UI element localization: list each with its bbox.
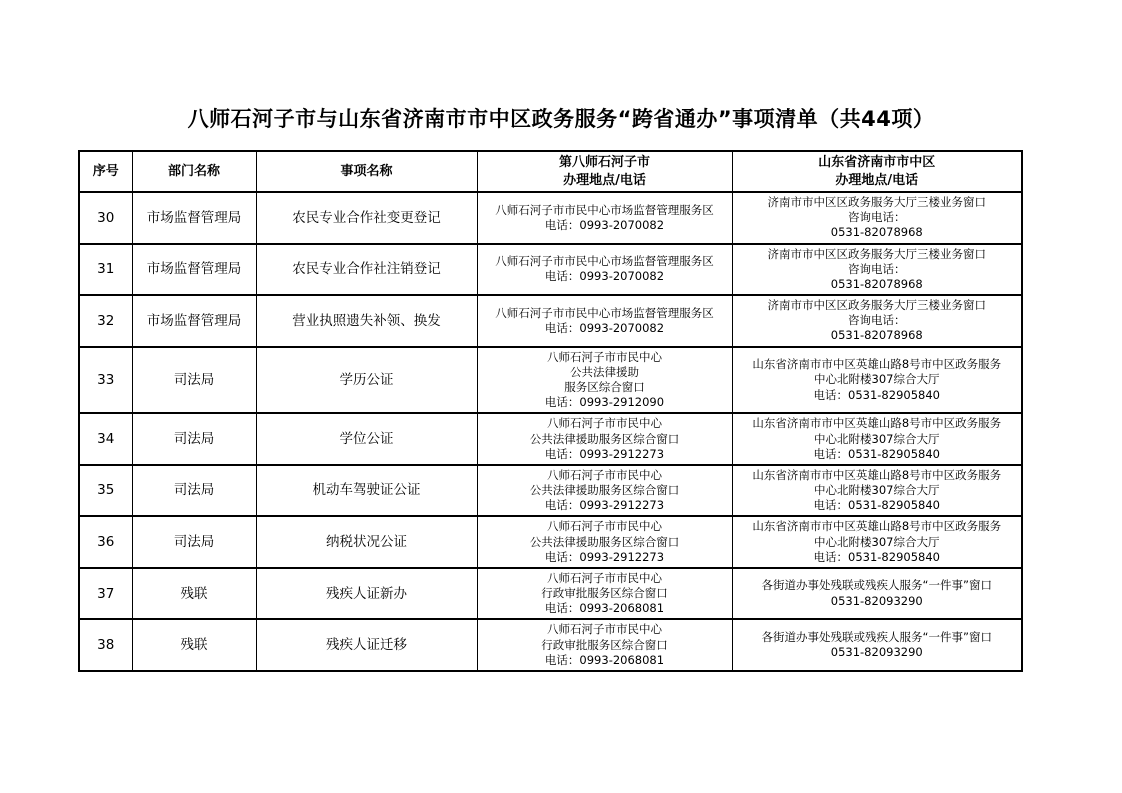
cell-serial-number: 34 [79,413,132,465]
header-jinan-location-phone: 山东省济南市市中区 办理地点/电话 [732,151,1022,192]
cell-serial-number: 33 [79,347,132,414]
cell-jinan-location-phone: 山东省济南市市中区英雄山路8号市中区政务服务 中心北附楼307综合大厅 电话：0… [732,413,1022,465]
cell-shihezi-location-phone: 八师石河子市市民中心 行政审批服务区综合窗口 电话：0993-2068081 [477,568,732,620]
cell-jinan-location-phone: 各街道办事处残联或残疾人服务“一件事”窗口 0531-82093290 [732,568,1022,620]
table-body: 30市场监督管理局农民专业合作社变更登记八师石河子市市民中心市场监督管理服务区 … [79,192,1022,671]
document-page: 八师石河子市与山东省济南市市中区政务服务“跨省通办”事项清单（共44项） 序号 … [0,0,1122,793]
cell-item-name: 纳税状况公证 [256,516,477,568]
cell-jinan-location-phone: 山东省济南市市中区英雄山路8号市中区政务服务 中心北附楼307综合大厅 电话：0… [732,465,1022,517]
table-row: 38残联残疾人证迁移八师石河子市市民中心 行政审批服务区综合窗口 电话：0993… [79,619,1022,671]
cell-item-name: 农民专业合作社变更登记 [256,192,477,244]
header-row: 序号 部门名称 事项名称 第八师石河子市 办理地点/电话 山东省济南市市中区 办… [79,151,1022,192]
cell-item-name: 学历公证 [256,347,477,414]
cell-item-name: 残疾人证新办 [256,568,477,620]
table-row: 30市场监督管理局农民专业合作社变更登记八师石河子市市民中心市场监督管理服务区 … [79,192,1022,244]
table-row: 32市场监督管理局营业执照遗失补领、换发八师石河子市市民中心市场监督管理服务区 … [79,295,1022,347]
cell-shihezi-location-phone: 八师石河子市市民中心 公共法律援助 服务区综合窗口 电话：0993-291209… [477,347,732,414]
cell-serial-number: 31 [79,244,132,296]
cell-shihezi-location-phone: 八师石河子市市民中心 行政审批服务区综合窗口 电话：0993-2068081 [477,619,732,671]
cell-shihezi-location-phone: 八师石河子市市民中心市场监督管理服务区 电话：0993-2070082 [477,295,732,347]
cell-serial-number: 37 [79,568,132,620]
cell-item-name: 机动车驾驶证公证 [256,465,477,517]
cell-department-name: 司法局 [132,465,256,517]
header-item-name: 事项名称 [256,151,477,192]
cell-jinan-location-phone: 山东省济南市市中区英雄山路8号市中区政务服务 中心北附楼307综合大厅 电话：0… [732,516,1022,568]
table-row: 34司法局学位公证八师石河子市市民中心 公共法律援助服务区综合窗口 电话：099… [79,413,1022,465]
table-row: 33司法局学历公证八师石河子市市民中心 公共法律援助 服务区综合窗口 电话：09… [79,347,1022,414]
cell-serial-number: 35 [79,465,132,517]
cell-shihezi-location-phone: 八师石河子市市民中心 公共法律援助服务区综合窗口 电话：0993-2912273 [477,413,732,465]
table-row: 31市场监督管理局农民专业合作社注销登记八师石河子市市民中心市场监督管理服务区 … [79,244,1022,296]
cell-serial-number: 32 [79,295,132,347]
cell-item-name: 残疾人证迁移 [256,619,477,671]
cell-department-name: 司法局 [132,516,256,568]
cell-department-name: 残联 [132,619,256,671]
cell-shihezi-location-phone: 八师石河子市市民中心市场监督管理服务区 电话：0993-2070082 [477,244,732,296]
cell-jinan-location-phone: 各街道办事处残联或残疾人服务“一件事”窗口 0531-82093290 [732,619,1022,671]
cell-shihezi-location-phone: 八师石河子市市民中心市场监督管理服务区 电话：0993-2070082 [477,192,732,244]
cell-department-name: 残联 [132,568,256,620]
cell-item-name: 营业执照遗失补领、换发 [256,295,477,347]
cell-department-name: 市场监督管理局 [132,295,256,347]
cell-department-name: 司法局 [132,413,256,465]
cell-jinan-location-phone: 济南市市中区区政务服务大厅三楼业务窗口 咨询电话： 0531-82078968 [732,192,1022,244]
cell-department-name: 市场监督管理局 [132,244,256,296]
service-items-table: 序号 部门名称 事项名称 第八师石河子市 办理地点/电话 山东省济南市市中区 办… [78,150,1023,672]
header-department-name: 部门名称 [132,151,256,192]
cell-serial-number: 30 [79,192,132,244]
cell-jinan-location-phone: 济南市市中区区政务服务大厅三楼业务窗口 咨询电话： 0531-82078968 [732,295,1022,347]
cell-shihezi-location-phone: 八师石河子市市民中心 公共法律援助服务区综合窗口 电话：0993-2912273 [477,465,732,517]
table-row: 37残联残疾人证新办八师石河子市市民中心 行政审批服务区综合窗口 电话：0993… [79,568,1022,620]
cell-serial-number: 36 [79,516,132,568]
table-row: 36司法局纳税状况公证八师石河子市市民中心 公共法律援助服务区综合窗口 电话：0… [79,516,1022,568]
cell-department-name: 司法局 [132,347,256,414]
header-shihezi-location-phone: 第八师石河子市 办理地点/电话 [477,151,732,192]
cell-shihezi-location-phone: 八师石河子市市民中心 公共法律援助服务区综合窗口 电话：0993-2912273 [477,516,732,568]
cell-department-name: 市场监督管理局 [132,192,256,244]
cell-jinan-location-phone: 济南市市中区区政务服务大厅三楼业务窗口 咨询电话： 0531-82078968 [732,244,1022,296]
cell-jinan-location-phone: 山东省济南市市中区英雄山路8号市中区政务服务 中心北附楼307综合大厅 电话：0… [732,347,1022,414]
cell-serial-number: 38 [79,619,132,671]
cell-item-name: 农民专业合作社注销登记 [256,244,477,296]
table-header: 序号 部门名称 事项名称 第八师石河子市 办理地点/电话 山东省济南市市中区 办… [79,151,1022,192]
cell-item-name: 学位公证 [256,413,477,465]
header-serial-number: 序号 [79,151,132,192]
table-row: 35司法局机动车驾驶证公证八师石河子市市民中心 公共法律援助服务区综合窗口 电话… [79,465,1022,517]
page-title: 八师石河子市与山东省济南市市中区政务服务“跨省通办”事项清单（共44项） [0,103,1122,133]
